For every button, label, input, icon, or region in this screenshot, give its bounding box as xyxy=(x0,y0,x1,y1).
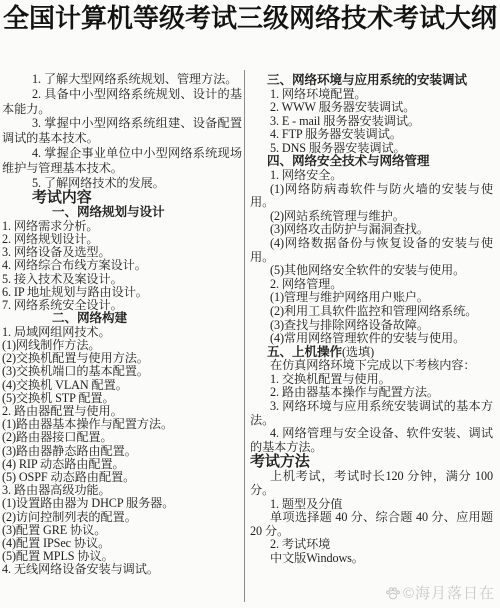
outline-paragraph: 3. 掌握中小型网络系统组建、设备配置调试的基本技术。 xyxy=(2,116,242,146)
outline-subitem: (2)路由器接口配置。 xyxy=(2,431,242,444)
outline-subitem: 5. 接入技术及案设计。 xyxy=(2,273,242,286)
outline-paragraph: 2. WWW 服务器安装调试。 xyxy=(250,101,493,115)
subsection-heading: 二、网络构建 xyxy=(52,312,242,326)
outline-subitem: (4)交换机 VLAN 配置。 xyxy=(2,379,242,392)
paw-icon xyxy=(385,585,401,601)
outline-paragraph: 2. 路由器基本操作与配置方法。 xyxy=(250,386,493,400)
outline-paragraph: 在仿真网络环境下完成以下考核内容： xyxy=(250,359,493,373)
outline-subitem: 4. 网络综合布线方案设计。 xyxy=(2,259,242,272)
outline-paragraph: (4)网络数据备份与恢复设备的安装与使用。 xyxy=(250,237,493,264)
subsection-heading: 三、网络环境与应用系统的安装调试 xyxy=(267,74,493,88)
heading-suffix: (选填) xyxy=(342,345,374,359)
outline-paragraph: 4. 网络管理与安全设备、软件安装、调试的基本方法。 xyxy=(250,427,493,454)
outline-subitem: (3)交换机端口的基本配置。 xyxy=(2,365,242,378)
column-divider xyxy=(244,70,245,602)
section-title: 考试内容 xyxy=(32,190,242,206)
outline-paragraph: (1)管理与维护网络用户账户。 xyxy=(250,291,493,305)
outline-paragraph: (1)网络防病毒软件与防火墙的安装与使用。 xyxy=(250,183,493,210)
outline-paragraph: (4)常用网络管理软件的安装与使用。 xyxy=(250,332,493,346)
outline-subitem: (1)设置路由器为 DHCP 服务器。 xyxy=(2,497,242,510)
outline-paragraph: 上机考试，考试时长120 分钟，满分 100 分。 xyxy=(250,470,493,497)
watermark: ©海月落日在 xyxy=(385,582,495,603)
right-column: 三、网络环境与应用系统的安装调试1. 网络环境配置。2. WWW 服务器安装调试… xyxy=(250,74,493,566)
left-column: 1. 了解大型网络系统规划、管理方法。2. 具备中小型网络系统规划、设计的基本能… xyxy=(2,72,242,577)
document-title: 全国计算机等级考试三级网络技术考试大纲 xyxy=(0,3,500,35)
outline-paragraph: 1. 网络安全。 xyxy=(250,169,493,183)
outline-paragraph: 单项选择题 40 分、综合题 40 分、应用题 20 分。 xyxy=(250,511,493,538)
outline-paragraph: (3)网络攻击防护与漏洞查找。 xyxy=(250,223,493,237)
outline-subitem: (2)访问控制列表的配置。 xyxy=(2,511,242,524)
outline-subitem: (3)路由器静态路由配置。 xyxy=(2,445,242,458)
outline-paragraph: 中文版Windows。 xyxy=(250,552,493,566)
outline-paragraph: 4. 掌握企事业单位中小型网络系统现场维护与管理基本技术。 xyxy=(2,146,242,176)
outline-paragraph: (2)利用工具软件监控和管理网络系统。 xyxy=(250,305,493,319)
watermark-text: ©海月落日在 xyxy=(403,582,495,603)
outline-item: 4. 无线网络设备安装与调试。 xyxy=(2,563,242,576)
outline-paragraph: 2. 考试环境 xyxy=(250,538,493,552)
section-title: 考试方法 xyxy=(250,454,493,470)
outline-paragraph: 4. FTP 服务器安装调试。 xyxy=(250,128,493,142)
outline-paragraph: 2. 具备中小型网络系统规划、设计的基本能力。 xyxy=(2,87,242,117)
outline-paragraph: 1. 了解大型网络系统规划、管理方法。 xyxy=(2,72,242,87)
outline-paragraph: (5)其他网络安全软件的安装与使用。 xyxy=(250,264,493,278)
document-page: 全国计算机等级考试三级网络技术考试大纲 1. 了解大型网络系统规划、管理方法。2… xyxy=(0,0,500,608)
outline-paragraph: 3. 网络环境与应用系统安装调试的基本方法。 xyxy=(250,400,493,427)
subsection-heading: 一、网络规划与设计 xyxy=(52,206,242,220)
subsection-heading: 四、网络安全技术与网络管理 xyxy=(267,155,493,169)
